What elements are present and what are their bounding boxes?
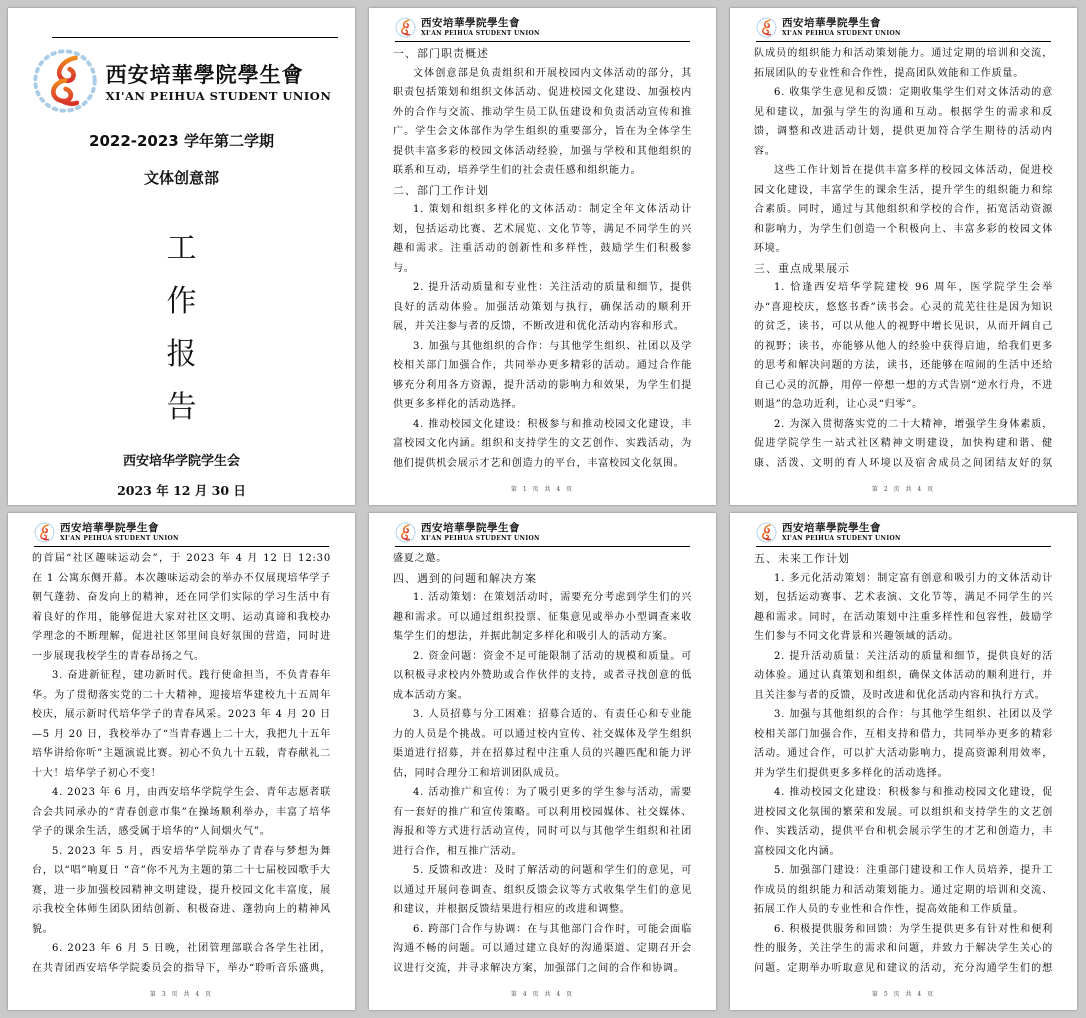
section-heading: 一、部门职责概述 — [393, 44, 692, 64]
student-union-logo-icon — [395, 17, 416, 38]
brand-name-cn: 西安培華學院學生會 — [421, 18, 540, 30]
brand-name-cn: 西安培華學院學生會 — [782, 523, 901, 535]
page-body: 的首届“社区趣味运动会”，于 2023 年 4 月 12 日 12:30 在 1… — [32, 549, 331, 975]
cover-title-char: 告 — [8, 381, 355, 434]
paragraph: 1. 多元化活动策划：制定富有创意和吸引力的文体活动计划，包括运动赛事、艺术表演… — [754, 569, 1053, 647]
paragraph: 2. 提升活动质量和专业性：关注活动的质量和细节，提供良好的活动体验。加强活动策… — [393, 278, 692, 337]
page-header: 西安培華學院學生會 XI'AN PEIHUA STUDENT UNION — [34, 522, 329, 547]
paragraph: 这些工作计划旨在提供丰富多样的校园文体活动，促进校园文化建设，丰富学生的课余生活… — [754, 161, 1053, 259]
student-union-logo-icon — [395, 522, 416, 543]
brand-name-en: XI'AN PEIHUA STUDENT UNION — [106, 89, 332, 103]
section-heading: 三、重点成果展示 — [754, 259, 1053, 279]
paragraph: 4. 活动推广和宣传：为了吸引更多的学生参与活动，需要有一套好的推广和宣传策略。… — [393, 783, 692, 861]
page-footer: 第 4 页 共 4 页 — [369, 989, 716, 998]
page-footer: 第 3 页 共 4 页 — [8, 989, 355, 998]
cover-department: 文体创意部 — [8, 167, 355, 188]
cover-organization: 西安培华学院学生会 — [8, 450, 355, 469]
paragraph: 6. 2023 年 6 月 5 日晚，社团管理部联合各学生社团，在共青团西安培华… — [32, 939, 331, 975]
page-6[interactable]: 西安培華學院學生會 XI'AN PEIHUA STUDENT UNION 五、未… — [730, 513, 1077, 1010]
paragraph: 3. 人员招募与分工困难：招募合适的、有责任心和专业能力的人员是个挑战。可以通过… — [393, 705, 692, 783]
paragraph: 6. 积极提供服务和回馈：为学生提供更多有针对性和便利性的服务，关注学生的需求和… — [754, 920, 1053, 976]
paragraph: 6. 跨部门合作与协调：在与其他部门合作时，可能会面临沟通不畅的问题。可以通过建… — [393, 920, 692, 976]
paragraph: 5. 2023 年 5 月，西安培华学院举办了青春与梦想为舞台，以“唱”响夏日 … — [32, 842, 331, 940]
page-body: 五、未来工作计划1. 多元化活动策划：制定富有创意和吸引力的文体活动计划，包括运… — [754, 549, 1053, 975]
paragraph: 2. 为深入贯彻落实党的二十大精神，增强学生身体素质，促进学院学生一站式社区精神… — [754, 415, 1053, 471]
page-header: 西安培華學院學生會 XI'AN PEIHUA STUDENT UNION — [395, 17, 690, 42]
paragraph: 1. 策划和组织多样化的文体活动：制定全年文体活动计划，包括运动比赛、艺术展览、… — [393, 200, 692, 278]
paragraph: 文体创意部是负责组织和开展校园内文体活动的部分，其职责包括策划和组织文体活动、促… — [393, 64, 692, 181]
brand-name-cn: 西安培華學院學生會 — [106, 59, 332, 89]
page-1-cover[interactable]: 西安培華學院學生會 XI'AN PEIHUA STUDENT UNION 202… — [8, 8, 355, 505]
page-4[interactable]: 西安培華學院學生會 XI'AN PEIHUA STUDENT UNION 的首届… — [8, 513, 355, 1010]
paragraph: 盛夏之邀。 — [393, 549, 692, 569]
brand-name-en: XI'AN PEIHUA STUDENT UNION — [782, 535, 901, 542]
paragraph: 3. 加强与其他组织的合作：与其他学生组织、社团以及学校相关部门加强合作，互相支… — [754, 705, 1053, 783]
student-union-logo-icon — [34, 522, 55, 543]
paragraph: 的首届“社区趣味运动会”，于 2023 年 4 月 12 日 12:30 在 1… — [32, 549, 331, 666]
brand-name-cn: 西安培華學院學生會 — [60, 523, 179, 535]
brand-name-en: XI'AN PEIHUA STUDENT UNION — [60, 535, 179, 542]
cover-title: 工 作 报 告 — [8, 222, 355, 434]
paragraph: 3. 奋进新征程，建功新时代。践行使命担当，不负青春年华。为了贯彻落实党的二十大… — [32, 666, 331, 783]
page-header: 西安培華學院學生會 XI'AN PEIHUA STUDENT UNION — [756, 522, 1051, 547]
student-union-logo-icon — [32, 48, 98, 114]
brand-name-en: XI'AN PEIHUA STUDENT UNION — [782, 30, 901, 37]
paragraph: 2. 资金问题：资金不足可能限制了活动的规模和质量。可以积极寻求校内外赞助或合作… — [393, 647, 692, 706]
brand-name-en: XI'AN PEIHUA STUDENT UNION — [421, 535, 540, 542]
paragraph: 4. 2023 年 6 月，由西安培华学院学生会、青年志愿者联合会共同承办的“青… — [32, 783, 331, 842]
paragraph: 1. 恰逢西安培华学院建校 96 周年，医学院学生会举办“喜迎校庆，悠悠书香”读… — [754, 278, 1053, 415]
section-heading: 五、未来工作计划 — [754, 549, 1053, 569]
paragraph: 1. 活动策划：在策划活动时，需要充分考虑到学生们的兴趣和需求。可以通过组织投票… — [393, 588, 692, 647]
brand-name-cn: 西安培華學院學生會 — [782, 18, 901, 30]
cover-term: 2022-2023 学年第二学期 — [8, 130, 355, 151]
page-header: 西安培華學院學生會 XI'AN PEIHUA STUDENT UNION — [756, 17, 1051, 42]
page-3[interactable]: 西安培華學院學生會 XI'AN PEIHUA STUDENT UNION 队成员… — [730, 8, 1077, 505]
brand-block: 西安培華學院學生會 XI'AN PEIHUA STUDENT UNION — [8, 48, 355, 114]
paragraph: 5. 反馈和改进：及时了解活动的问题和学生们的意见，可以通过开展问卷调查、组织反… — [393, 861, 692, 920]
section-heading: 四、遇到的问题和解决方案 — [393, 569, 692, 589]
cover-title-char: 报 — [8, 328, 355, 381]
paragraph: 4. 推动校园文化建设：积极参与和推动校园文化建设，丰富校园文化内涵。组织和支持… — [393, 415, 692, 471]
section-heading: 二、部门工作计划 — [393, 181, 692, 201]
page-footer: 第 5 页 共 4 页 — [730, 989, 1077, 998]
page-body: 队成员的组织能力和活动策划能力。通过定期的培训和交流，拓展团队的专业性和合作性，… — [754, 44, 1053, 470]
page-body: 一、部门职责概述文体创意部是负责组织和开展校园内文体活动的部分，其职责包括策划和… — [393, 44, 692, 470]
page-footer: 第 2 页 共 4 页 — [730, 484, 1077, 493]
brand-name-cn: 西安培華學院學生會 — [421, 523, 540, 535]
paragraph: 4. 推动校园文化建设：积极参与和推动校园文化建设，促进校园文化氛围的繁荣和发展… — [754, 783, 1053, 861]
header-rule — [52, 37, 338, 38]
student-union-logo-icon — [756, 522, 777, 543]
page-footer: 第 1 页 共 4 页 — [369, 484, 716, 493]
document-grid: 西安培華學院學生會 XI'AN PEIHUA STUDENT UNION 202… — [0, 0, 1086, 1018]
brand-name-en: XI'AN PEIHUA STUDENT UNION — [421, 30, 540, 37]
paragraph: 2. 提升活动质量：关注活动的质量和细节，提供良好的活动体验。通过认真策划和组织… — [754, 647, 1053, 706]
cover-title-char: 作 — [8, 275, 355, 328]
page-2[interactable]: 西安培華學院學生會 XI'AN PEIHUA STUDENT UNION 一、部… — [369, 8, 716, 505]
paragraph: 3. 加强与其他组织的合作：与其他学生组织、社团以及学校相关部门加强合作，共同举… — [393, 337, 692, 415]
student-union-logo-icon — [756, 17, 777, 38]
paragraph: 5. 加强部门建设：注重部门建设和工作人员培养，提升工作成员的组织能力和活动策划… — [754, 861, 1053, 920]
cover-title-char: 工 — [8, 222, 355, 275]
page-header: 西安培華學院學生會 XI'AN PEIHUA STUDENT UNION — [395, 522, 690, 547]
cover-date: 2023 年 12 月 30 日 — [8, 481, 355, 499]
page-5[interactable]: 西安培華學院學生會 XI'AN PEIHUA STUDENT UNION 盛夏之… — [369, 513, 716, 1010]
paragraph: 6. 收集学生意见和反馈：定期收集学生们对文体活动的意见和建议，加强与学生的沟通… — [754, 83, 1053, 161]
page-body: 盛夏之邀。四、遇到的问题和解决方案1. 活动策划：在策划活动时，需要充分考虑到学… — [393, 549, 692, 975]
paragraph: 队成员的组织能力和活动策划能力。通过定期的培训和交流，拓展团队的专业性和合作性，… — [754, 44, 1053, 83]
